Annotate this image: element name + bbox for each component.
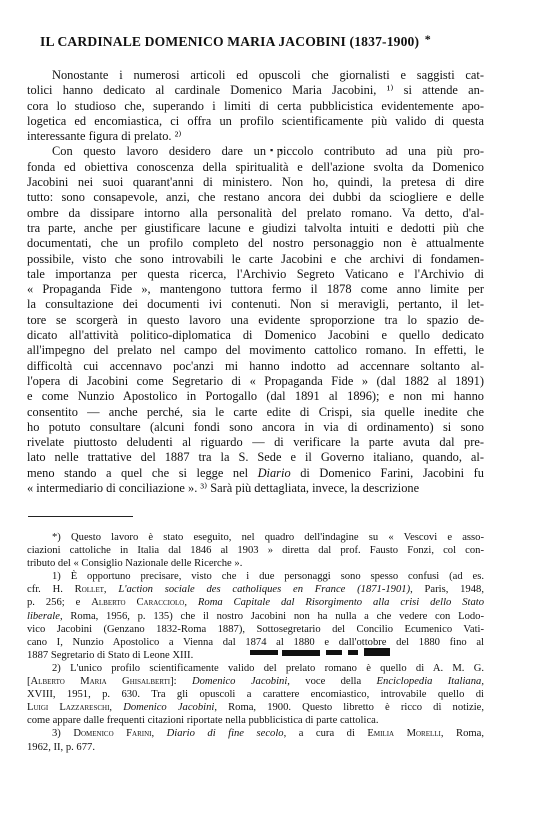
text-line: Con questo lavoro desidero dare un picco… (27, 144, 484, 159)
text-line: e come Nunzio Apostolico in Portogallo (… (27, 389, 484, 404)
text-line: tutto: sono consapevole, anzi, che resta… (27, 190, 484, 205)
footnote-line: *) Questo lavoro è stato eseguito, nel q… (27, 531, 484, 544)
text-line: ombre da dissipare intorno alla personal… (27, 206, 484, 221)
text-line: interessante figura di prelato. ²⁾ (27, 129, 484, 144)
document-page: IL CARDINALE DOMENICO MARIA JACOBINI (18… (0, 0, 550, 830)
text-line: lato nelle trattative del 1887 tra la S.… (27, 450, 484, 465)
text-line: tale importanza per questa ricerca, l'Ar… (27, 267, 484, 282)
text-line: logetica ed encomiastica, ci offra un pr… (27, 114, 484, 129)
footnote-line: ciazioni cattoliche in Italia dal 1846 a… (27, 544, 484, 557)
text-line: all'impegno del prelato nel campo del mo… (27, 343, 484, 358)
text-line: dicato all'attività politico-diplomatica… (27, 328, 484, 343)
footnotes: *) Questo lavoro è stato eseguito, nel q… (27, 531, 484, 754)
body-text: Nonostante i numerosi articoli ed opusco… (27, 68, 484, 496)
footnote-line: tributo del « Consiglio Nazionale delle … (27, 557, 484, 570)
text-line: Jacobini nei suoi quarant'anni di minist… (27, 175, 484, 190)
text-line: rivelate piuttosto deludenti al riguardo… (27, 435, 484, 450)
text-line: documentati, che un profilo completo del… (27, 236, 484, 251)
text-line: cora lo studioso che, superando i limiti… (27, 99, 484, 114)
text-line: fonda ed obiettiva conoscenza della spir… (27, 160, 484, 175)
text-line: tore se scorgerà in questo lavoro una ev… (27, 313, 484, 328)
text-line: tolici hanno dedicato al cardinale Domen… (27, 83, 484, 98)
text-line: tra parte, anche per giustificare lacune… (27, 221, 484, 236)
footnote-line: liberale, Roma, 1956, p. 135) che il nos… (27, 610, 484, 623)
text-line: « Propaganda Fide », mantengono tuttora … (27, 282, 484, 297)
text-line: consentito — anche perché, sia le carte … (27, 405, 484, 420)
text-line: la consultazione dei documenti ivi conte… (27, 297, 484, 312)
footnote-line: [Alberto Maria Ghisalberti]: Domenico Ja… (27, 675, 484, 688)
text-line: meno stando a quel che si legge nel Diar… (27, 466, 484, 481)
footnote-separator (28, 516, 133, 517)
footnote-line: 2) L'unico profilo scientificamente vali… (27, 662, 484, 675)
title-text: IL CARDINALE DOMENICO MARIA JACOBINI (18… (40, 34, 419, 49)
footnote-line: vico Jacobini (Genzano 1832-Roma 1887), … (27, 623, 484, 636)
article-title: IL CARDINALE DOMENICO MARIA JACOBINI (18… (40, 31, 510, 50)
text-line: Nonostante i numerosi articoli ed opusco… (27, 68, 484, 83)
text-line: difficoltà cui accennavo poc'anzi mi han… (27, 359, 484, 374)
title-footnote-marker: * (425, 32, 431, 46)
text-line: l'opera di Jacobini come Segretario di «… (27, 374, 484, 389)
footnote-line: p. 256; e Alberto Caracciolo, Roma Capit… (27, 596, 484, 609)
footnote-line: come appare dalle frequenti citazioni ri… (27, 714, 484, 727)
footnote-line: cano I, Nunzio Apostolico a Vienna dal 1… (27, 636, 484, 649)
text-line: ho potuto consultare (alcuni fondi sono … (27, 420, 484, 435)
footnote-line: cfr. H. Rollet, L'action sociale des cat… (27, 583, 484, 596)
footnote-line: 1962, II, p. 677. (27, 741, 484, 754)
footnote-line: Luigi Lazzareschi, Domenico Jacobini, Ro… (27, 701, 484, 714)
text-line: « intermediario di conciliazione ». ³⁾ S… (27, 481, 484, 496)
footnote-line: XVIII, 1951, p. 630. Tra gli opuscoli a … (27, 688, 484, 701)
text-line: possibile, visto che sono introvabili le… (27, 252, 484, 267)
footnote-line: 3) Domenico Farini, Diario di fine secol… (27, 727, 484, 740)
redaction-marks (250, 648, 395, 658)
footnote-line: 1) È opportuno precisare, visto che i du… (27, 570, 484, 583)
